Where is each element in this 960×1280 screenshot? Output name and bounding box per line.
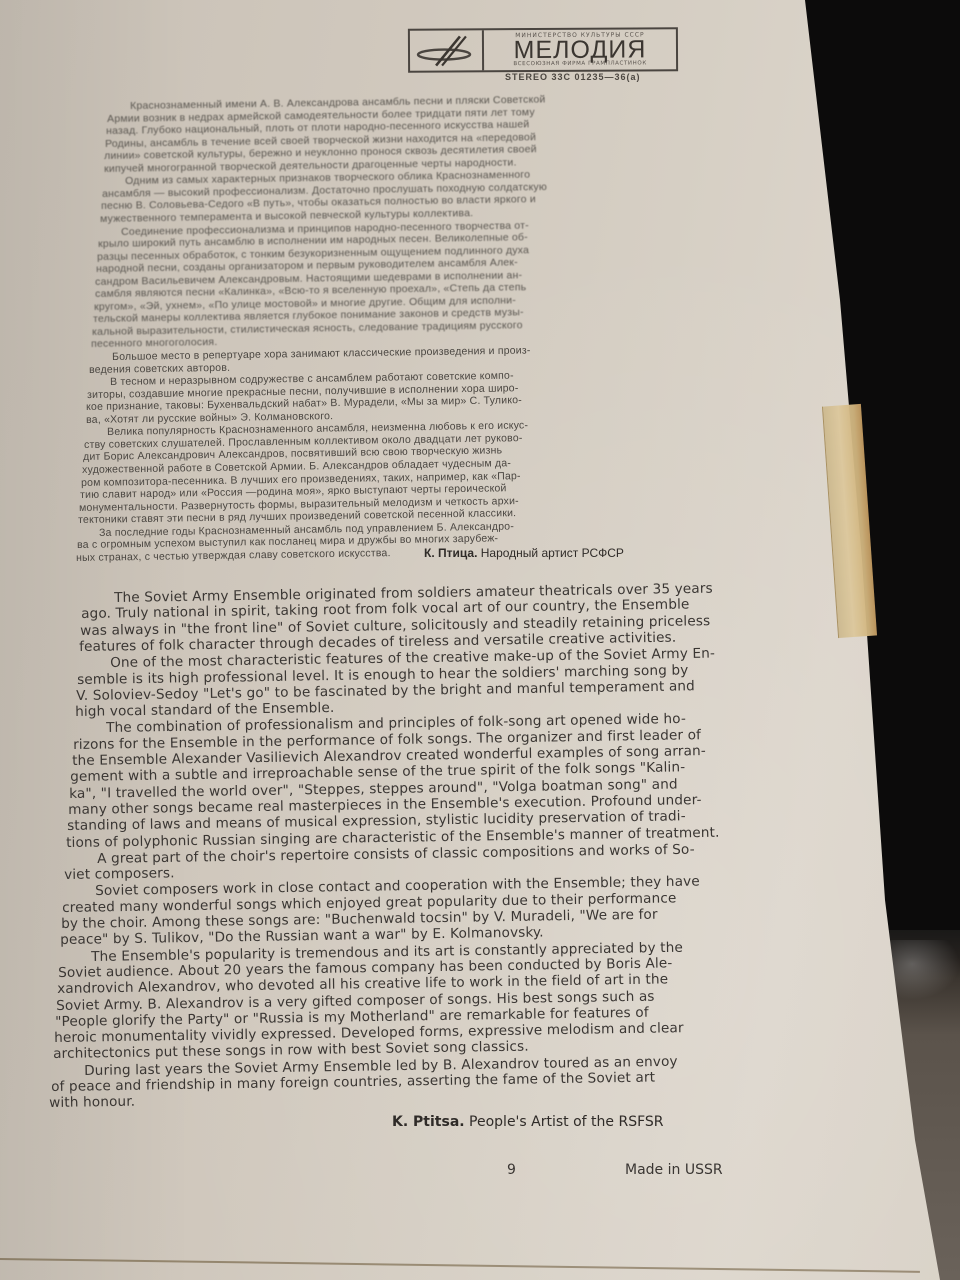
melodiya-logo-icon (410, 30, 484, 70)
english-signature-title: People's Artist of the RSFSR (469, 1114, 663, 1130)
catalog-number: STEREO 33С 01235—36(а) (505, 72, 641, 82)
page-bottom-edge (0, 1258, 920, 1273)
russian-text-line: ведения советских авторов. (89, 361, 230, 375)
english-text-line: viet composers. (64, 865, 175, 883)
russian-signature-title: Народный артист РСФСР (481, 546, 624, 560)
made-in-label: Made in USSR (625, 1162, 723, 1178)
page-number: 9 (507, 1162, 516, 1178)
logo-text-block: МИНИСТЕРСТВО КУЛЬТУРЫ СССР МЕЛОДИЯ ВСЕСО… (484, 29, 676, 70)
melodiya-label-logo: МИНИСТЕРСТВО КУЛЬТУРЫ СССР МЕЛОДИЯ ВСЕСО… (408, 27, 678, 72)
logo-company: ВСЕСОЮЗНАЯ ФИРМА ГРАМПЛАСТИНОК (484, 60, 676, 67)
english-text-line: with honour. (49, 1094, 135, 1111)
russian-signature: К. Птица. Народный артист РСФСР (424, 546, 624, 560)
english-signature: K. Ptitsa. People's Artist of the RSFSR (392, 1114, 664, 1130)
english-signature-name: K. Ptitsa. (392, 1114, 465, 1130)
logo-brand: МЕЛОДИЯ (484, 38, 676, 61)
russian-signature-name: К. Птица. (424, 546, 477, 560)
